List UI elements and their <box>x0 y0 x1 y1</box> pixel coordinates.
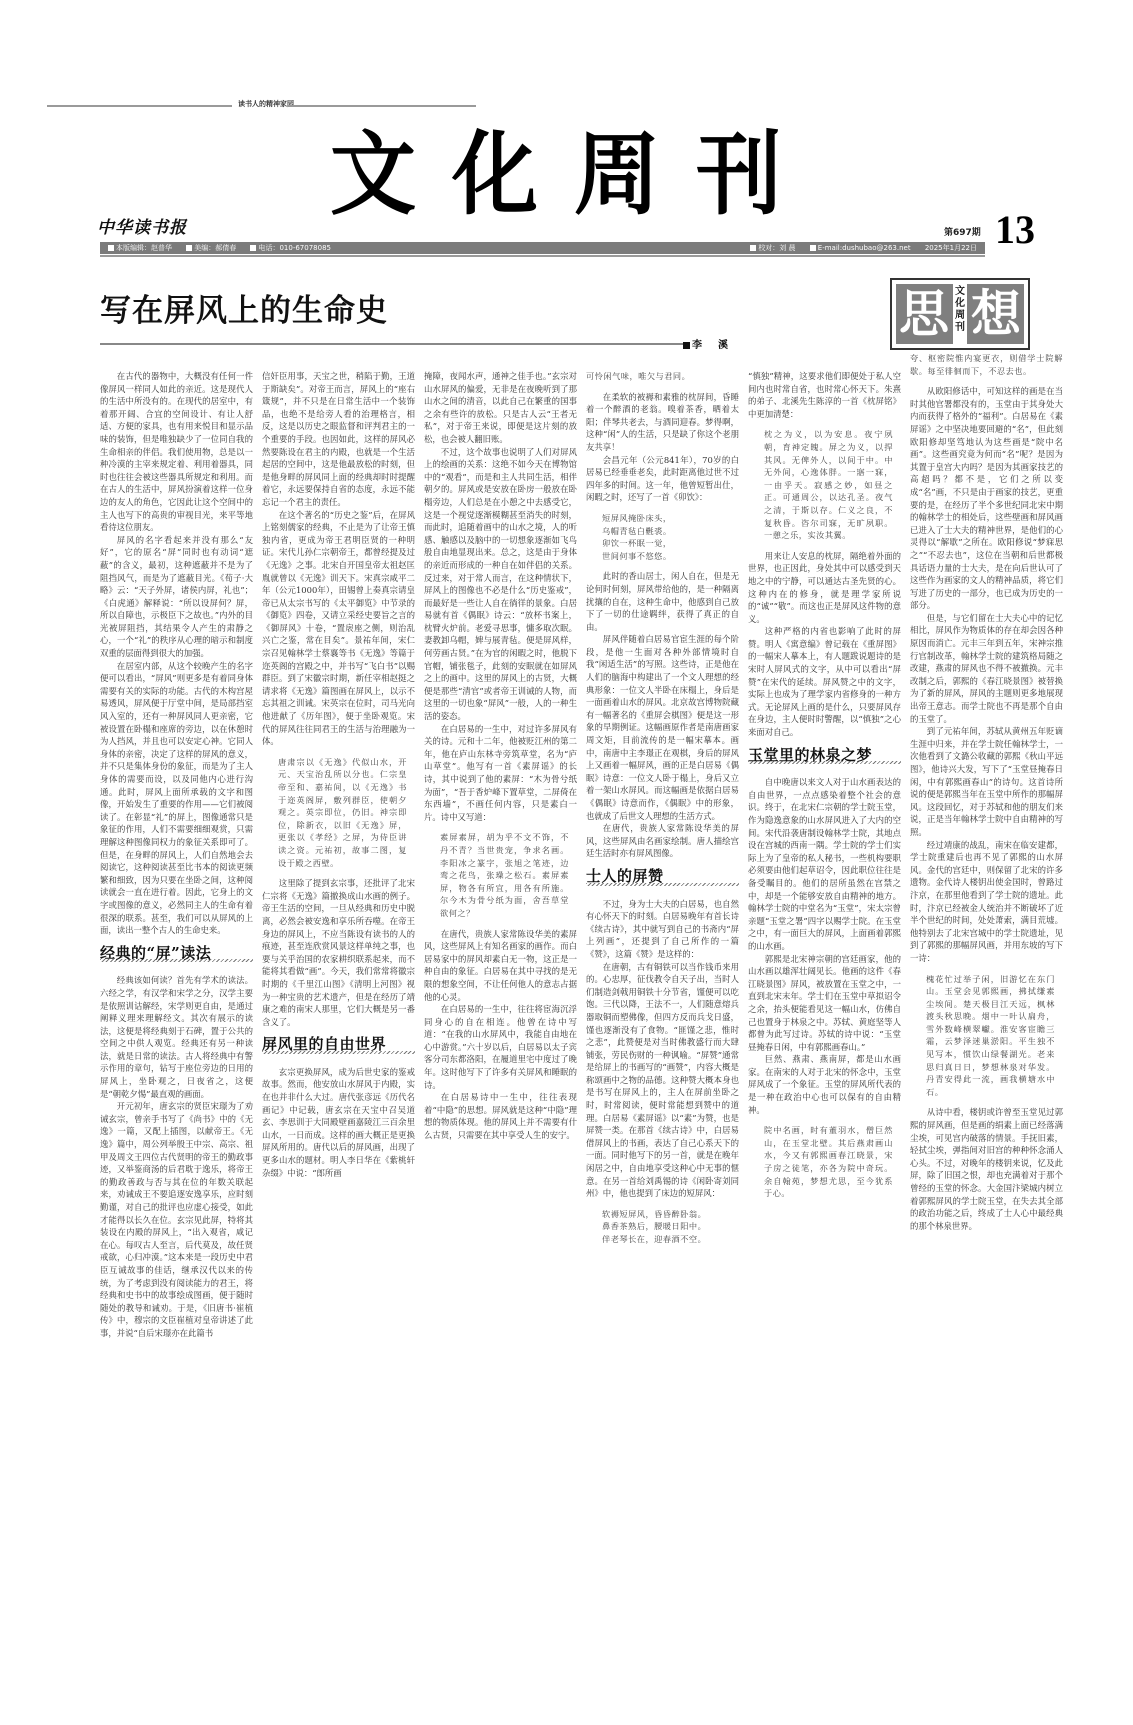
paragraph: 在这个著名的“历史之鉴”后，在屏风上铭刻儒家的经典，不止是为了让帝王慎独内省，更… <box>262 509 415 748</box>
article-column-5: “慎独”精神，这要求他们即便处于私人空间内也时常自省，也时常心怀天下。朱熹的弟子… <box>748 370 901 1670</box>
article-column-6: 夸、枢密院惟内宴更衣，则借学士院解歇。每至徘徊而下，不忍去也。从欧阳修话中，可知… <box>910 352 1063 1652</box>
article-headline: 写在屏风上的生命史 <box>100 285 388 330</box>
section-subheading: 经典的“屏”读法 <box>100 947 253 963</box>
slogan-rule-right <box>288 105 476 107</box>
designer-credit: 美编：郝倩春 <box>186 244 236 252</box>
quoted-verse: 可怜闲气味，唯欠与君同。 <box>586 370 739 391</box>
paragraph: 从欧阳修话中，可知这样的画是在当时其他官署都没有的，玉堂由于其身处大内而获得了格… <box>910 385 1063 612</box>
byline-rule <box>540 343 683 345</box>
author-name: 李 溪 <box>692 340 731 351</box>
newspaper-brand: 中华读书报 <box>97 213 187 238</box>
article-column-4: 可怜闲气味，唯欠与君同。在柔软的被褥和素雅的枕屏间，昏睡着一个醉酒的老翁。嗅着茶… <box>586 370 739 1670</box>
paragraph: 用来让人安息的枕屏，隔绝着外面的世界，也正因此，身处其中可以感受到天地之中的宁静… <box>748 550 901 626</box>
masthead-title: 文化周刊 <box>330 117 770 233</box>
paragraph: 巨然、燕肃、燕南屏，都是山水画家。在南宋的人对于北宋的怀念中，玉堂屏风成了一个象… <box>748 1053 901 1116</box>
info-bar-left: 本版编辑：赵普华 美编：郝倩春 电话：010-67078085 <box>108 242 343 254</box>
verse-line: 夸、枢密院惟内宴更衣，则借学士院解歇。每至徘徊而下，不忍去也。 <box>910 352 1063 377</box>
article-column-1: 在古代的器物中，大概没有任何一件像屏风一样同人如此的亲近。这是现代人的生活中所没… <box>100 370 253 1670</box>
column-logo: 思 文化周刊 想 <box>890 278 1030 350</box>
quoted-verse: 唐肃宗以《无逸》代似山水，开元、天宝治乱所以分也。仁宗皇帝至和、嘉祐间，以《无逸… <box>262 748 415 877</box>
verse-line: 唐肃宗以《无逸》代似山水，开元、天宝治乱所以分也。仁宗皇帝至和、嘉祐间，以《无逸… <box>278 756 407 869</box>
paragraph: 不过，这个故事也说明了人们对屏风上的绘画的关系：这绝不如今天在博物馆中的“观看”… <box>424 446 577 723</box>
paragraph: “慎独”精神，这要求他们即便处于私人空间内也时常自省，也时常心怀天下。朱熹的弟子… <box>748 370 901 420</box>
phone-credit: 电话：010-67078085 <box>250 244 331 252</box>
quoted-verse: 院中名画，时有董羽水，僧巨然山，在玉堂北壁。其后燕肃画山水，今又有郭熙画春江晓景… <box>748 1116 901 1208</box>
verse-line: 槐花忙过举子闲，旧游忆在东门山。玉堂会见郭熙画，拂拭缣素尘埃间。楚天极目江天远，… <box>926 973 1055 1099</box>
info-bar: 本版编辑：赵普华 美编：郝倩春 电话：010-67078085 校对：刘 晨 E… <box>100 242 985 254</box>
paragraph: 在古代的器物中，大概没有任何一件像屏风一样同人如此的亲近。这是现代人的生活中所没… <box>100 370 253 534</box>
byline: 李 溪 <box>683 336 731 351</box>
square-bullet-icon <box>108 245 114 251</box>
paragraph: 会昌元年（公元841年），70岁的白居易已经垂垂老矣，此时距离他过世不过四年多的… <box>586 454 739 504</box>
column-logo-left-char: 思 <box>896 284 952 344</box>
paragraph: 开元初年，唐玄宗的贤臣宋璟为了劝诫玄宗，曾亲手书写了《尚书》中的《无逸》一篇，又… <box>100 1100 253 1339</box>
paragraph: 不过，身为士大夫的白居易，也自然有心怀天下的时刻。白居易晚年有首长诗《续古诗》，… <box>586 898 739 961</box>
paragraph: 但是，与它们留在士大夫心中的记忆相比，屏风作为物质体的存在却会因各种原因而消亡。… <box>910 612 1063 725</box>
column-logo-panel: 思 文化周刊 想 <box>896 284 1024 344</box>
paragraph: 在唐朝，古有铜铁可以当作钱币来用的。心忠厚，征伐教令自天子出，当时人们制造剑戟用… <box>586 961 739 1200</box>
paragraph: 在唐代，贵族人家常陈设华美的屏风，这些屏风由名画家绘制。唐人描绘宫廷生活时亦有屏… <box>586 822 739 860</box>
paragraph: 掩障，夜闻水声，通神之佳手也。”玄宗对山水屏风的偏爱，无非是在夜晚听到了那山水之… <box>424 370 577 446</box>
quoted-verse: 枕之为义，以为安息。夜宁夙朝，育神定魄。屏之为义，以捍其风。无俾外人，以间于中。… <box>748 420 901 549</box>
square-bullet-icon <box>810 245 816 251</box>
column-logo-vertical-text: 文化周刊 <box>953 284 967 344</box>
info-bar-underline <box>100 255 985 257</box>
verse-line: 可怜闲气味，唯欠与君同。 <box>586 370 739 383</box>
verse-line: 乌帽青毡白氎裘。 <box>602 525 731 538</box>
square-bullet-icon <box>186 245 192 251</box>
info-bar-right: 校对：刘 晨 E-mail:dushubao@263.net 2025年1月22… <box>750 242 977 254</box>
paragraph: 在唐代，贵族人家常陈设华美的素屏风，这些屏风上有知名画家的画作。而白居易家中的屏… <box>424 928 577 1004</box>
quoted-verse: 短屏风掩卧床头，乌帽青毡白氎裘。卯饮一杯眠一觉，世间何事不悠悠。 <box>586 504 739 570</box>
verse-line: 短屏风掩卧床头， <box>602 512 731 525</box>
section-subheading: 士人的屏赞 <box>586 870 739 886</box>
quoted-verse: 槐花忙过举子闲，旧游忆在东门山。玉堂会见郭熙画，拂拭缣素尘埃间。楚天极目江天远，… <box>910 965 1063 1107</box>
article-column-3: 掩障，夜闻水声，通神之佳手也。”玄宗对山水屏风的偏爱，无非是在夜晚听到了那山水之… <box>424 370 577 1670</box>
paragraph: 经典该如何读？首先有学术的读法。六经之学，有汉学和宋学之分，汉学主要是依照训诂解… <box>100 974 253 1100</box>
headline-rule <box>100 343 540 345</box>
verse-line: 世间何事不悠悠。 <box>602 550 731 563</box>
section-subheading: 玉堂里的林泉之梦 <box>748 749 901 765</box>
paragraph: 信奸臣用事，天宝之世，稍陷于勤，王道于斯缺矣”。对帝王而言，屏风上的“座右箴规”… <box>262 370 415 509</box>
square-bullet-icon <box>750 245 756 251</box>
verse-line: 院中名画，时有董羽水，僧巨然山，在玉堂北壁。其后燕肃画山水，今又有郭熙画春江晓景… <box>764 1124 893 1200</box>
quoted-verse: 夸、枢密院惟内宴更衣，则借学士院解歇。每至徘徊而下，不忍去也。 <box>910 352 1063 385</box>
paragraph: 这种严格的内省也影响了此时的屏赞。明人《寓意编》曾记载在《重屏图》的一幅宋人摹本… <box>748 625 901 738</box>
quoted-verse: 软褥短屏风，昏昏醉卧翁。鼻香茶熟后，腰暖日阳中。伴老琴长在，迎春酒不空。 <box>586 1200 739 1254</box>
paragraph: 在白居易的一生中，往往将宦海沉浮同身心的自在相连。他曾在诗中写道：“在我的山水屏… <box>424 1003 577 1091</box>
article-column-2: 信奸臣用事，天宝之世，稍陷于勤，王道于斯缺矣”。对帝王而言，屏风上的“座右箴规”… <box>262 370 415 1670</box>
issue-number: 第697期 <box>944 225 981 238</box>
issue-date: 2025年1月22日 <box>925 244 977 252</box>
section-subheading: 屏风里的自由世界 <box>262 1038 415 1054</box>
proofreader-credit: 校对：刘 晨 <box>750 244 795 252</box>
verse-line: 卯饮一杯眠一觉， <box>602 537 731 550</box>
column-logo-right-char: 想 <box>968 284 1024 344</box>
slogan: 读书人的精神家园 <box>238 99 294 109</box>
paragraph: 在白居易的一生中，对过许多屏风有关的诗。元和十二年，他被贬江州的第二年，他在庐山… <box>424 723 577 824</box>
paragraph: 屏风的名字看起来并没有那么“友好”，它的原名“屏”同时也有动词“遮蔽”的含义，最… <box>100 534 253 660</box>
page-number: 13 <box>995 208 1035 252</box>
paragraph: 在白居易诗中一生中，往往表现着“中隐”的思想。屏风就是这种“中隐”理想的物质体现… <box>424 1091 577 1141</box>
verse-line: 鼻香茶熟后，腰暖日阳中。 <box>602 1220 731 1233</box>
paragraph: 玄宗更换屏风，成为后世史家的鉴戒故事。然而，他安放山水屏风于内殿，实在也并非什么… <box>262 1066 415 1179</box>
paragraph: 经过靖康的战乱，南宋在临安建都，学士院重建后也再不见了郭熙的山水屏风。金代的宫廷… <box>910 839 1063 965</box>
verse-line: 素屏素屏，胡为乎不文不饰，不丹不青？当世贵宠，争求名画。李阳冰之篆字，张旭之笔迹… <box>440 831 569 919</box>
verse-line: 软褥短屏风，昏昏醉卧翁。 <box>602 1208 731 1221</box>
paragraph: 郭熙是北宋神宗朝的宫廷画家，他的山水画以雄浑壮阔见长。他画的这件《春江晓景图》屏… <box>748 953 901 1054</box>
paragraph: 这里除了提到玄宗事，还批评了北宋仁宗将《无逸》篇撤换成山水画的例子。帝王生活的空… <box>262 877 415 1028</box>
quoted-verse: 素屏素屏，胡为乎不文不饰，不丹不青？当世贵宠，争求名画。李阳冰之篆字，张旭之笔迹… <box>424 823 577 927</box>
paragraph: 自中晚唐以来文人对于山水画表达的自由世界，一点点感染着整个社会的意识。终于，在北… <box>748 776 901 952</box>
editor-credit: 本版编辑：赵普华 <box>108 244 172 252</box>
square-bullet-icon <box>250 245 256 251</box>
paragraph: 在居室内部，从这个较晚产生的名字便可以看出，“屏风”则更多是有着同身体需要有关的… <box>100 660 253 937</box>
email-link[interactable]: E-mail:dushubao@263.net <box>810 244 911 252</box>
newspaper-page: 读书人的精神家园 文化周刊 中华读书报 第697期 13 本版编辑：赵普华 美编… <box>0 0 1133 1725</box>
paragraph: 在柔软的被褥和素雅的枕屏间，昏睡着一个醉酒的老翁。嗅着茶香，晒着太阳；伴琴共老去… <box>586 391 739 454</box>
square-bullet-icon <box>683 342 690 349</box>
paragraph: 到了元祐年间，苏轼从黄州五年贬谪生涯中归来，并在学士院任翰林学士，一次他看到了文… <box>910 725 1063 838</box>
paragraph: 屏风伴随着白居易官宦生涯的每个阶段，是他一生面对各种外部情境时自我“闲适生活”的… <box>586 633 739 822</box>
paragraph: 此时的香山居士，闲人自在，但是无论何时何刻，屏风带给他的，是一种隔离扰攘的自在，… <box>586 570 739 633</box>
slogan-rule-left <box>47 105 232 107</box>
verse-line: 伴老琴长在，迎春酒不空。 <box>602 1233 731 1246</box>
verse-line: 枕之为义，以为安息。夜宁夙朝，育神定魄。屏之为义，以捍其风。无俾外人，以间于中。… <box>764 428 893 541</box>
paragraph: 从诗中看，楼钥或许曾至玉堂见过郭熙的屏风画，但是画的绢素上面已经落满尘埃，可见宫… <box>910 1106 1063 1232</box>
